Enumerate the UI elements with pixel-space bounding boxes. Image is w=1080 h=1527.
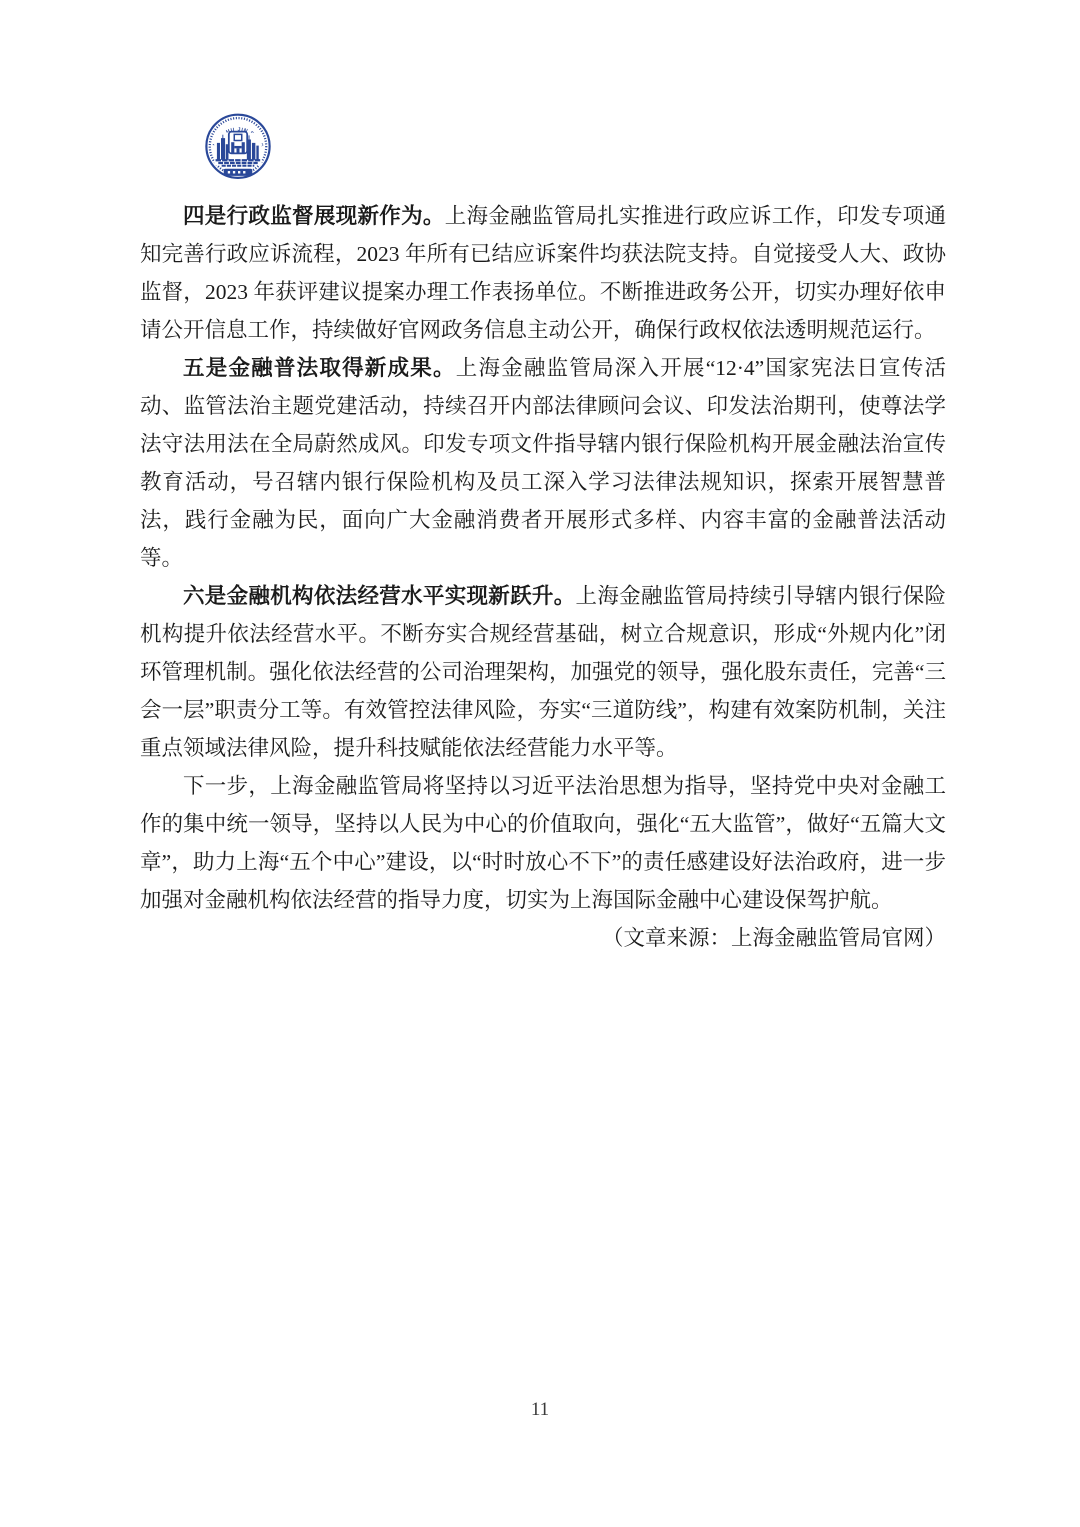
seal-banner <box>224 169 253 176</box>
seal-icon: LIAN HU JIN RONG <box>204 112 272 186</box>
source-attribution: （文章来源：上海金融监管局官网） <box>140 919 946 957</box>
paragraph-lead: 六是金融机构依法经营水平实现新跃升。 <box>183 584 576 608</box>
article-body: 四是行政监督展现新作为。上海金融监管局扎实推进行政应诉工作，印发专项通知完善行政… <box>140 197 946 957</box>
paragraph: 五是金融普法取得新成果。上海金融监管局深入开展“12·4”国家宪法日宣传活动、监… <box>140 349 946 577</box>
paragraph: 下一步，上海金融监管局将坚持以习近平法治思想为指导，坚持党中央对金融工作的集中统… <box>140 767 946 919</box>
seal-center-emblem <box>229 132 247 154</box>
page-number: 11 <box>0 1398 1080 1422</box>
paragraph: 六是金融机构依法经营水平实现新跃升。上海金融监管局持续引导辖内银行保险机构提升依… <box>140 577 946 767</box>
paragraph-lead: 五是金融普法取得新成果。 <box>183 356 456 380</box>
paragraph-body: 下一步，上海金融监管局将坚持以习近平法治思想为指导，坚持党中央对金融工作的集中统… <box>140 774 946 912</box>
paragraph-body: 上海金融监管局持续引导辖内银行保险机构提升依法经营水平。不断夯实合规经营基础，树… <box>140 584 946 760</box>
paragraph-lead: 四是行政监督展现新作为。 <box>183 204 445 228</box>
paragraph-body: 上海金融监管局深入开展“12·4”国家宪法日宣传活动、监管法治主题党建活动，持续… <box>140 356 946 570</box>
organization-seal-logo: LIAN HU JIN RONG <box>204 112 272 186</box>
paragraph: 四是行政监督展现新作为。上海金融监管局扎实推进行政应诉工作，印发专项通知完善行政… <box>140 197 946 349</box>
document-page: LIAN HU JIN RONG <box>0 0 1080 1527</box>
